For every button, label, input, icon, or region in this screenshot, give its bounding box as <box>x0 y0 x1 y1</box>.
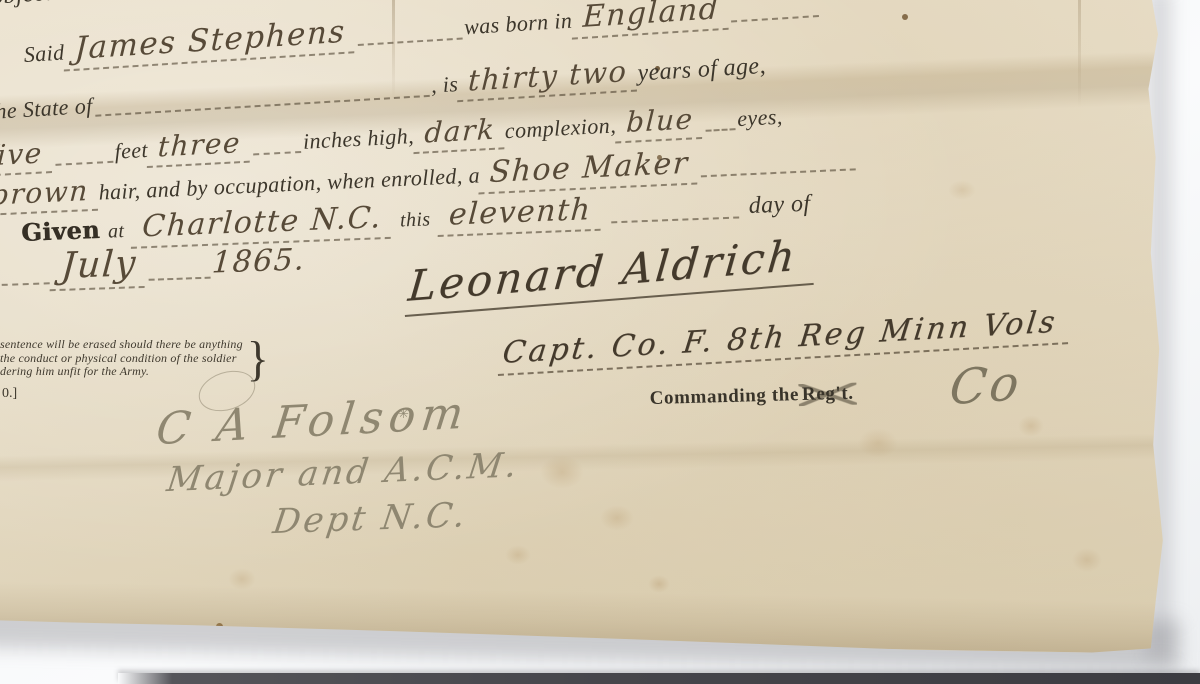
stain-spot <box>600 505 634 531</box>
stain-spot <box>948 180 976 200</box>
at-label: at <box>108 220 125 244</box>
footnote-lines: sentence will be erased should there be … <box>0 338 243 379</box>
dashed-blank <box>701 168 856 177</box>
age-entry: thirty two <box>457 53 638 102</box>
stain-spot <box>505 545 531 565</box>
is-label: , is <box>430 71 459 99</box>
commanding-correction-block: Co <box>948 355 1023 416</box>
dashed-blank <box>2 282 50 286</box>
complexion-entry: dark <box>413 112 506 154</box>
officer-signature: Leonard Aldrich <box>406 231 800 311</box>
complexion-label: complexion, <box>504 112 617 144</box>
stain-spot <box>1018 415 1044 437</box>
officer-signature-block: Leonard Aldrich <box>401 230 814 317</box>
approver-dept-block: Dept N.C. <box>273 495 469 542</box>
this-label: this <box>400 208 431 232</box>
form-ref-block: 0.] <box>2 386 17 402</box>
footnote-line-1: sentence will be erased should there be … <box>0 338 243 352</box>
dashed-blank <box>55 161 113 166</box>
commanding-line: Commanding the Reg't. <box>649 383 856 410</box>
height-inches-entry: three <box>147 125 252 168</box>
dashed-blank <box>706 128 736 132</box>
dashed-blank <box>358 37 463 46</box>
given-label: Given <box>21 215 101 247</box>
approver-title-block: Major and A.C.M. <box>166 445 520 500</box>
year-entry: 1865. <box>211 242 307 280</box>
dashed-blank <box>611 216 739 223</box>
day-of-label: day of <box>748 191 811 220</box>
said-label: Said <box>23 40 65 69</box>
hair-entry: brown <box>0 174 100 216</box>
name-entry: James Stephens <box>64 13 357 71</box>
table-edge-shadow <box>118 673 1200 684</box>
approver-title: Major and A.C.M. <box>164 445 522 500</box>
dashed-blank <box>149 277 211 281</box>
day-entry: eleventh <box>437 192 602 237</box>
height-feet-entry: five <box>0 136 54 177</box>
eyes-label: eyes, <box>737 104 784 132</box>
commanding-struck-word: Reg't. <box>799 383 857 407</box>
dashed-blank <box>95 95 430 117</box>
feet-label: feet <box>114 137 149 165</box>
occupation-entry: Shoe Maker <box>479 145 700 194</box>
state-of-label: the State of <box>0 93 93 125</box>
dashed-blank <box>731 15 819 23</box>
footnote-block: sentence will be erased should there be … <box>0 332 269 385</box>
photo-frame: objection to his being re-enlisted Said … <box>0 0 1200 684</box>
approver-dept: Dept N.C. <box>270 495 470 542</box>
month-entry: July <box>50 243 149 291</box>
eyes-entry: blue <box>615 102 704 144</box>
form-ref: 0.] <box>2 386 17 402</box>
commanding-correction: Co <box>947 355 1024 417</box>
form-line-reenlisted: objection to his being re-enlisted <box>0 0 320 11</box>
dashed-blank <box>254 151 302 156</box>
stain-spot <box>858 428 898 458</box>
birthplace-entry: England <box>571 0 729 40</box>
stain-spot <box>228 568 256 590</box>
years-of-age-label: years of age, <box>637 53 767 88</box>
footnote-line-3: dering him unfit for the Army. <box>0 365 243 379</box>
stain-spot <box>648 575 670 593</box>
inches-high-label: inches high, <box>302 123 414 155</box>
born-in-label: was born in <box>463 8 573 41</box>
stain-dot <box>902 14 908 20</box>
commanding-label: Commanding the <box>649 384 799 410</box>
reenlisted-printed-text: objection to his being re-enlisted <box>0 0 320 11</box>
stain-spot <box>540 455 584 489</box>
fold-crease-vertical-right <box>1078 0 1081 108</box>
stain-spot <box>1072 548 1102 572</box>
footnote-brace: } <box>247 331 269 387</box>
form-line-date: July 1865. <box>0 237 307 293</box>
document-paper: objection to his being re-enlisted Said … <box>0 0 1200 684</box>
footnote-line-2: the conduct or physical condition of the… <box>0 352 243 366</box>
